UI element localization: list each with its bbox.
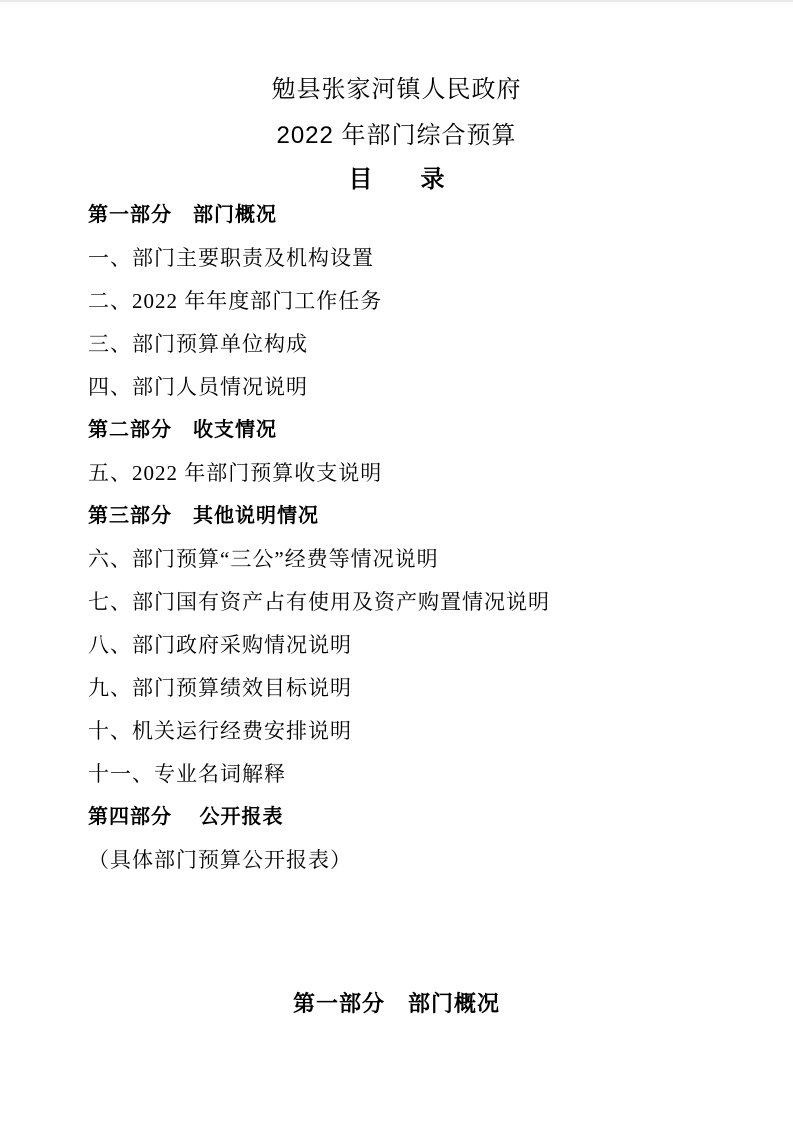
- toc-item: 四、部门人员情况说明: [88, 366, 758, 409]
- document-subtitle: 2022 年部门综合预算: [0, 113, 793, 159]
- next-section-heading: 第一部分 部门概况: [0, 982, 793, 1026]
- toc-item: 八、部门政府采购情况说明: [88, 624, 758, 667]
- document-title: 勉县张家河镇人民政府: [0, 67, 793, 113]
- toc-item: 二、2022 年年度部门工作任务: [88, 280, 758, 323]
- toc-item: 一、部门主要职责及机构设置: [88, 237, 758, 280]
- toc-section-heading: 第二部分 收支情况: [88, 409, 758, 452]
- toc-section-heading: 第三部分 其他说明情况: [88, 495, 758, 538]
- toc-section-heading: 第四部分 公开报表: [88, 796, 758, 839]
- toc-item: 五、2022 年部门预算收支说明: [88, 452, 758, 495]
- toc-item: 十、机关运行经费安排说明: [88, 710, 758, 753]
- toc-item: 十一、专业名词解释: [88, 753, 758, 796]
- toc-section-heading: 第一部分 部门概况: [88, 194, 758, 237]
- page-top-edge: [0, 0, 793, 2]
- toc-item: 三、部门预算单位构成: [88, 323, 758, 366]
- toc-item: 六、部门预算“三公”经费等情况说明: [88, 538, 758, 581]
- toc-item: 九、部门预算绩效目标说明: [88, 667, 758, 710]
- document-page: 勉县张家河镇人民政府 2022 年部门综合预算 目 录 第一部分 部门概况 一、…: [0, 0, 793, 1122]
- toc-item: 七、部门国有资产占有使用及资产购置情况说明: [88, 581, 758, 624]
- toc-list: 第一部分 部门概况 一、部门主要职责及机构设置 二、2022 年年度部门工作任务…: [88, 194, 758, 882]
- toc-item: （具体部门预算公开报表）: [88, 839, 758, 882]
